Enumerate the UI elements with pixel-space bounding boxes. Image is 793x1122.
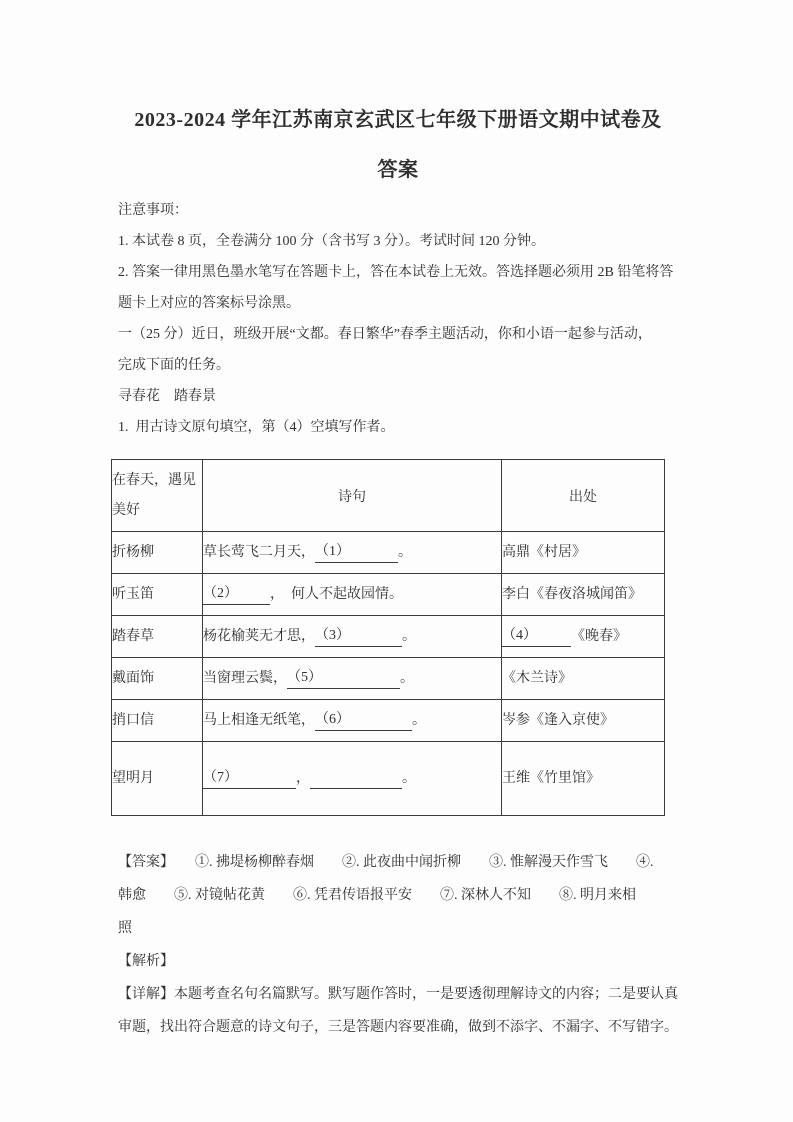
table-cell-category: 望明月 <box>112 742 203 816</box>
table-row: 望明月（7），。王维《竹里馆》 <box>112 742 665 816</box>
table-cell-verse: 杨花榆荚无才思，（3）。 <box>203 616 502 658</box>
analysis-label: 【解析】 <box>118 945 678 978</box>
fill-in-blank: （1） <box>315 542 398 563</box>
fill-in-blank: （2） <box>203 584 270 605</box>
table-cell-verse: 马上相逢无纸笔，（6）。 <box>203 700 502 742</box>
section-subtitle: 寻春花 踏春景 <box>118 381 678 412</box>
poem-table-header-row: 在春天，遇见 美好诗句出处 <box>112 460 665 532</box>
notice-heading: 注意事项： <box>118 195 678 226</box>
table-cell-source: 李白《春夜洛城闻笛》 <box>502 574 665 616</box>
table-cell-category: 听玉笛 <box>112 574 203 616</box>
notice-item-2: 2. 答案一律用黑色墨水笔写在答题卡上，答在本试卷上无效。答选择题必须用 2B … <box>118 257 678 319</box>
fill-in-blank <box>310 768 402 789</box>
analysis-detail: 【详解】本题考查名句名篇默写。默写题作答时，一是要透彻理解诗文的内容；二是要认真… <box>118 978 678 1044</box>
table-row: 折杨柳草长莺飞二月天，（1）。高鼎《村居》 <box>112 532 665 574</box>
table-cell-source: 岑参《逢入京使》 <box>502 700 665 742</box>
document-content: 2023-2024 学年江苏南京玄武区七年级下册语文期中试卷及 答案 注意事项：… <box>118 0 678 1044</box>
table-cell-category: 折杨柳 <box>112 532 203 574</box>
fill-in-blank: （4） <box>502 626 571 647</box>
table-header-cell: 诗句 <box>203 460 502 532</box>
table-cell-source: （4）《晚春》 <box>502 616 665 658</box>
table-cell-source: 王维《竹里馆》 <box>502 742 665 816</box>
table-row: 捎口信马上相逢无纸笔，（6）。岑参《逢入京使》 <box>112 700 665 742</box>
table-header-cell: 出处 <box>502 460 665 532</box>
table-cell-verse: 草长莺飞二月天，（1）。 <box>203 532 502 574</box>
page-title: 2023-2024 学年江苏南京玄武区七年级下册语文期中试卷及 答案 <box>118 95 678 195</box>
fill-in-blank: （6） <box>315 710 412 731</box>
table-header-cell: 在春天，遇见 美好 <box>112 460 203 532</box>
fill-in-blank: （3） <box>315 626 402 647</box>
table-row: 听玉笛（2）， 何人不起故园情。李白《春夜洛城闻笛》 <box>112 574 665 616</box>
table-row: 戴面饰当窗理云鬓，（5）。《木兰诗》 <box>112 658 665 700</box>
poem-table: 在春天，遇见 美好诗句出处 折杨柳草长莺飞二月天，（1）。高鼎《村居》听玉笛（2… <box>111 459 665 816</box>
table-cell-category: 踏春草 <box>112 616 203 658</box>
section-intro: 一（25 分）近日，班级开展“文都。春日繁华”春季主题活动，你和小语一起参与活动… <box>118 319 678 381</box>
notice-item-1: 1. 本试卷 8 页，全卷满分 100 分（含书写 3 分）。考试时间 120 … <box>118 226 678 257</box>
answer-text: 【答案】 ①. 拂堤杨柳醉春烟 ②. 此夜曲中闻折柳 ③. 惟解漫天作雪飞 ④.… <box>118 846 678 945</box>
table-cell-verse: 当窗理云鬓，（5）。 <box>203 658 502 700</box>
table-cell-category: 戴面饰 <box>112 658 203 700</box>
table-cell-verse: （2）， 何人不起故园情。 <box>203 574 502 616</box>
fill-in-blank: （5） <box>287 668 400 689</box>
document-page: 2023-2024 学年江苏南京玄武区七年级下册语文期中试卷及 答案 注意事项：… <box>0 0 793 1122</box>
question-1: 1. 用古诗文原句填空，第（4）空填写作者。 <box>118 412 678 443</box>
table-cell-verse: （7），。 <box>203 742 502 816</box>
table-cell-source: 高鼎《村居》 <box>502 532 665 574</box>
table-cell-category: 捎口信 <box>112 700 203 742</box>
poem-table-head: 在春天，遇见 美好诗句出处 <box>112 460 665 532</box>
table-row: 踏春草杨花榆荚无才思，（3）。（4）《晚春》 <box>112 616 665 658</box>
table-cell-source: 《木兰诗》 <box>502 658 665 700</box>
fill-in-blank: （7） <box>203 768 296 789</box>
poem-table-body: 折杨柳草长莺飞二月天，（1）。高鼎《村居》听玉笛（2）， 何人不起故园情。李白《… <box>112 532 665 816</box>
